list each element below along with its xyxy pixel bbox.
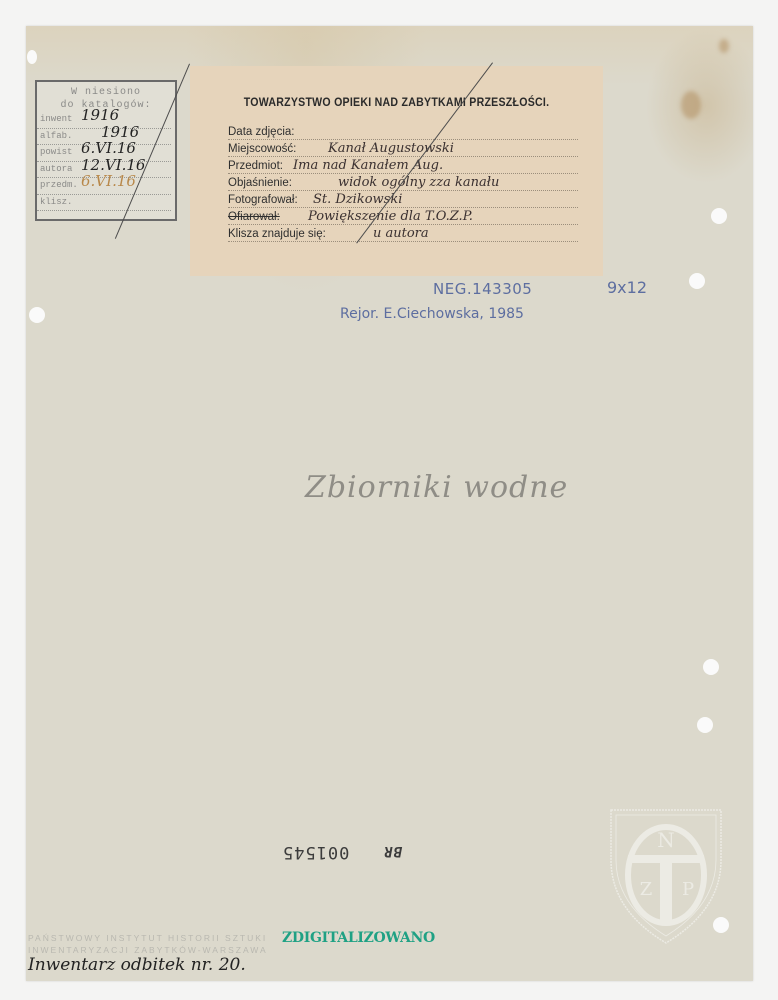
stamp-row-klisz: klisz.	[37, 195, 171, 212]
field-subject: Przedmiot:Ima nad Kanałem Aug.	[228, 157, 578, 174]
register-note: Rejor. E.Ciechowska, 1985	[340, 306, 524, 322]
punch-hole	[697, 717, 713, 733]
water-stain	[681, 91, 701, 119]
stamp-row-przedm: przedm.6.VI.16	[37, 178, 171, 195]
svg-text:P: P	[682, 879, 694, 900]
catalog-stamp: W niesiono do katalogów: inwent1916 alfa…	[35, 80, 177, 221]
format-size: 9x12	[607, 278, 647, 297]
svg-text:N: N	[657, 828, 675, 852]
inventory-handwritten-note: Inwentarz odbitek nr. 20.	[28, 955, 246, 975]
field-negative-location: Klisza znajduje się:u autora	[228, 225, 578, 242]
punch-hole	[27, 50, 37, 64]
punch-hole	[29, 307, 45, 323]
field-date: Data zdjęcia:	[228, 123, 578, 140]
negative-number: NEG.143305	[433, 280, 532, 298]
field-location: Miejscowość:Kanał Augustowski	[228, 140, 578, 157]
water-stain	[719, 39, 729, 53]
society-emblem-icon: N Z P	[606, 805, 726, 945]
subject-pencil-note: Zbiorniki wodne	[305, 470, 568, 505]
punch-hole	[689, 273, 705, 289]
field-description: Objaśnienie:widok ogólny zza kanału	[228, 174, 578, 191]
field-donor: Ofiarował:Powiększenie dla T.O.Z.P.	[228, 208, 578, 225]
svg-text:Z: Z	[640, 879, 653, 900]
punch-hole	[711, 208, 727, 224]
field-photographer: Fotografował:St. Dzikowski	[228, 191, 578, 208]
label-title: TOWARZYSTWO OPIEKI NAD ZABYTKAMI PRZESZŁ…	[215, 95, 578, 109]
digitized-stamp: ZDIGITALIZOWANO	[282, 930, 435, 946]
society-label: TOWARZYSTWO OPIEKI NAD ZABYTKAMI PRZESZŁ…	[190, 66, 603, 276]
inventory-stamp: BR 001545	[282, 842, 402, 862]
institute-stamp-line1: PAŃSTWOWY INSTYTUT HISTORII SZTUKI	[28, 933, 267, 943]
institute-stamp-line2: INWENTARYZACJI ZABYTKÓW-WARSZAWA	[28, 945, 268, 955]
punch-hole	[703, 659, 719, 675]
